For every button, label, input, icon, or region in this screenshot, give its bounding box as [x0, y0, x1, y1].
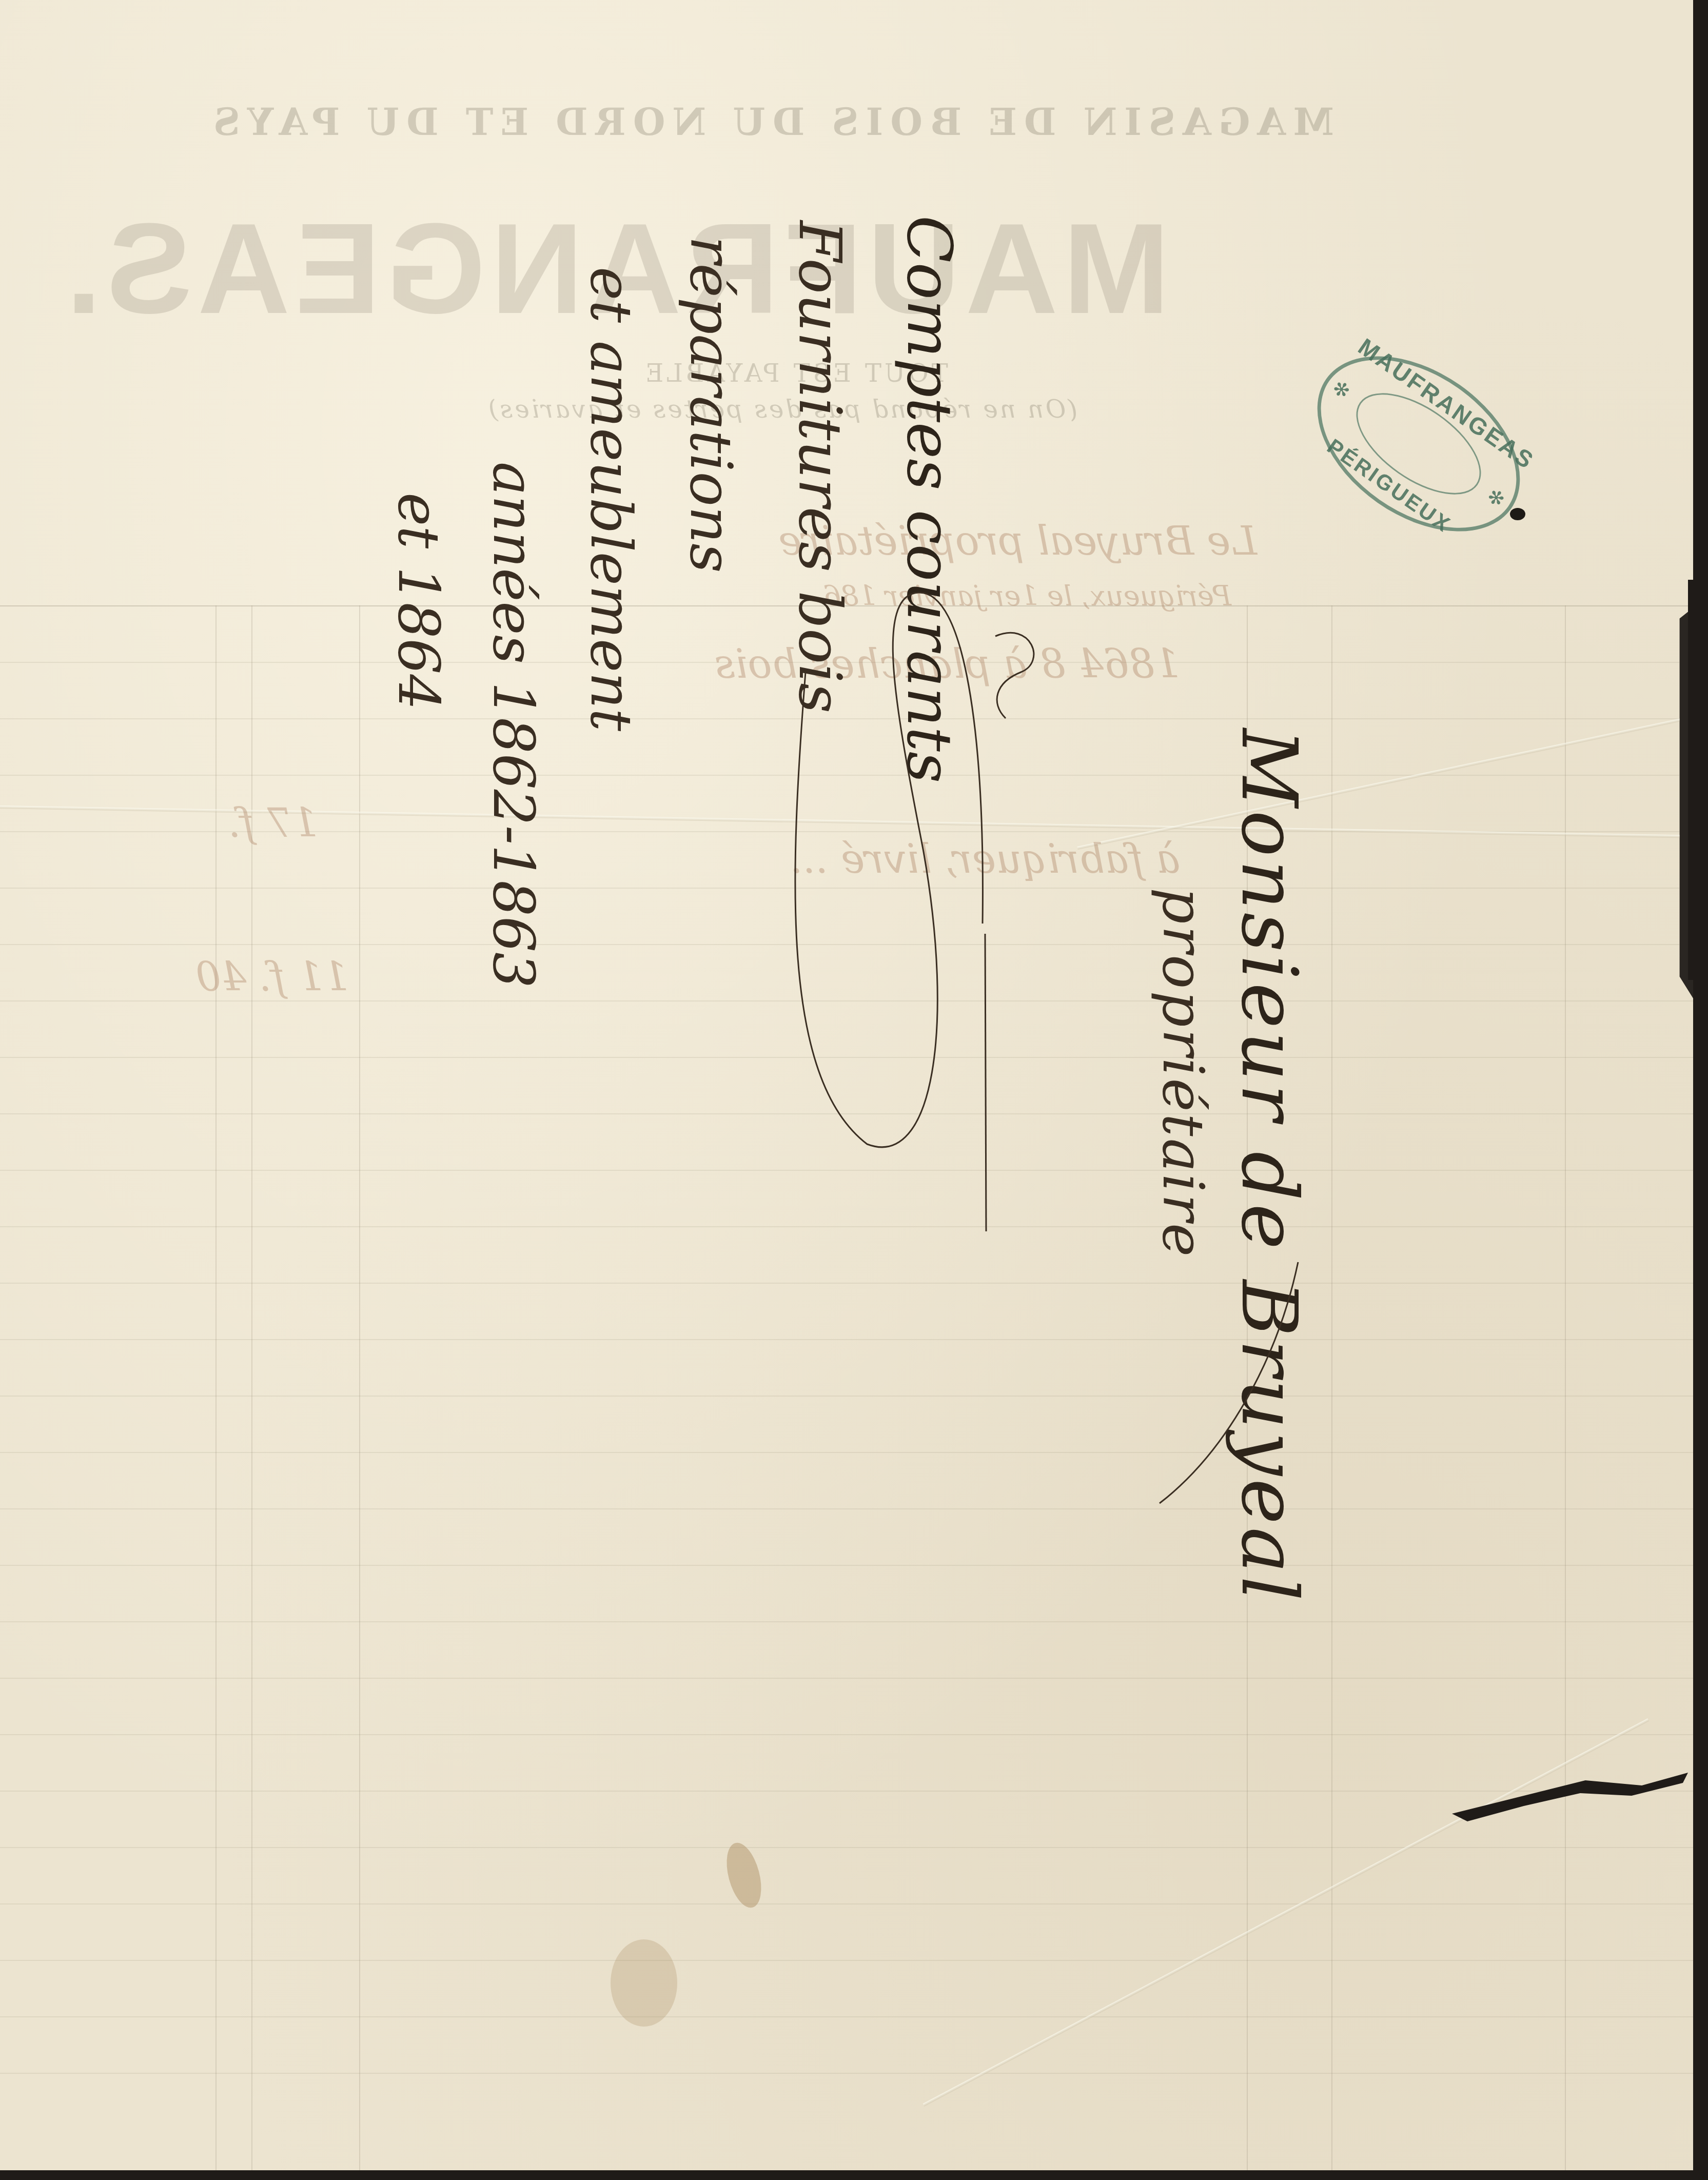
ruled-line	[0, 1678, 1693, 1679]
torn-edge	[0, 2170, 1708, 2180]
flourish-tail	[1144, 1257, 1308, 1514]
ruled-line	[0, 1847, 1693, 1848]
ruled-line	[0, 1396, 1693, 1397]
torn-edge	[1693, 0, 1708, 2180]
ruled-line	[0, 2073, 1693, 2074]
ruled-line	[0, 1565, 1693, 1566]
ruled-line	[1331, 605, 1332, 2170]
annotation-line: années 1862-1863	[481, 462, 546, 988]
annotation-line: réparations	[677, 236, 744, 573]
stain	[720, 1839, 768, 1911]
annotation-line: et 1864	[386, 493, 451, 710]
ruled-line	[0, 1791, 1693, 1792]
ruled-line	[0, 1903, 1693, 1904]
torn-edge	[1688, 580, 1708, 980]
show-through-line: 11 f. 40	[215, 954, 349, 1000]
document-page: MAGASIN DE BOIS DU NORD ET DU PAYS MAUFR…	[0, 0, 1693, 2170]
ruled-line	[0, 1960, 1693, 1961]
stain	[611, 1939, 677, 2027]
ruled-line	[359, 605, 360, 2170]
ruled-line	[0, 2016, 1693, 2017]
paper-crease	[1077, 713, 1705, 850]
show-through-line: 17 f.	[215, 800, 318, 847]
flourish-mark	[975, 616, 1057, 729]
ruled-line	[0, 1283, 1693, 1284]
flourish-loop	[770, 564, 1129, 1231]
merchant-stamp: MAUFRANGEAS PÉRIGUEUX ✻ ✻	[1285, 320, 1552, 567]
addressee-title: propriétaire	[1150, 888, 1216, 1259]
ruled-line	[0, 1339, 1693, 1340]
show-through-header: MAGASIN DE BOIS DU NORD ET DU PAYS	[308, 100, 1334, 144]
ink-blot	[1510, 508, 1525, 520]
ruled-line	[0, 1452, 1693, 1453]
paper-tear	[1447, 1765, 1703, 1837]
ruled-line	[0, 1508, 1693, 1509]
ruled-line	[0, 1621, 1693, 1622]
annotation-line: et ameublement	[578, 267, 644, 731]
ruled-line	[0, 1734, 1693, 1735]
ruled-line	[1565, 605, 1566, 2170]
